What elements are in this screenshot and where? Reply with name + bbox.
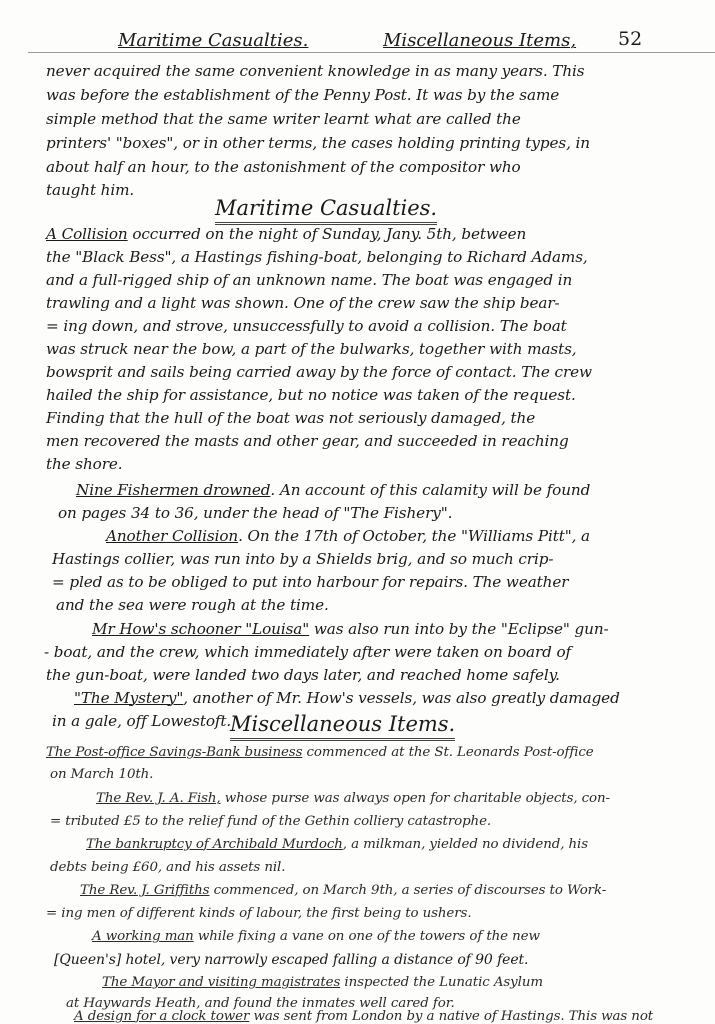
- louisa-line: - boat, and the crew, which immediately …: [44, 643, 699, 661]
- intro-line: was before the establishment of the Penn…: [46, 86, 701, 104]
- post-office-line: on March 10th.: [50, 766, 705, 784]
- fish-line: The Rev. J. A. Fish, whose purse was alw…: [96, 790, 715, 808]
- bankruptcy-lead: The bankruptcy of Archibald Murdoch: [86, 837, 343, 852]
- louisa-line: Mr How's schooner "Louisa" was also run …: [92, 620, 715, 638]
- post-office-lead: The Post-office Savings-Bank business: [46, 745, 302, 760]
- mayor-lead: The Mayor and visiting magistrates: [102, 975, 340, 990]
- fishermen-line: on pages 34 to 36, under the head of "Th…: [58, 504, 713, 522]
- section-title-maritime: Maritime Casualties.: [215, 196, 437, 225]
- page-number: 52: [618, 28, 642, 50]
- another-collision-line: and the sea were rough at the time.: [56, 596, 711, 614]
- header-left-title: Maritime Casualties.: [118, 30, 308, 52]
- fishermen-line: Nine Fishermen drowned. An account of th…: [76, 481, 715, 499]
- section-title-misc: Miscellaneous Items.: [230, 712, 455, 741]
- collision-line: bowsprit and sails being carried away by…: [46, 363, 701, 381]
- working-man-line: [Queen's] hotel, very narrowly escaped f…: [54, 951, 709, 969]
- intro-line: about half an hour, to the astonishment …: [46, 158, 701, 176]
- collision-lead: A Collision: [46, 225, 128, 243]
- collision-line: the "Black Bess", a Hastings fishing-boa…: [46, 248, 701, 266]
- another-collision-line: Hastings collier, was run into by a Shie…: [52, 550, 707, 568]
- griffiths-line: = ing men of different kinds of labour, …: [46, 905, 701, 923]
- mystery-line: "The Mystery", another of Mr. How's vess…: [74, 689, 715, 707]
- bankruptcy-line: The bankruptcy of Archibald Murdoch, a m…: [86, 836, 715, 854]
- collision-line: = ing down, and strove, unsuccessfully t…: [46, 317, 701, 335]
- fish-lead: The Rev. J. A. Fish,: [96, 791, 221, 806]
- intro-line: never acquired the same convenient knowl…: [46, 62, 701, 80]
- collision-line: A Collision occurred on the night of Sun…: [46, 225, 701, 243]
- fishermen-lead: Nine Fishermen drowned: [76, 481, 270, 499]
- collision-line: was struck near the bow, a part of the b…: [46, 340, 701, 358]
- mystery-lead: "The Mystery": [74, 689, 183, 707]
- bankruptcy-line: debts being £60, and his assets nil.: [50, 859, 705, 877]
- clock-tower-line: A design for a clock tower was sent from…: [74, 1008, 715, 1024]
- fish-line: = tributed £5 to the relief fund of the …: [50, 813, 705, 831]
- clock-tower-lead: A design for a clock tower: [74, 1009, 249, 1024]
- working-man-lead: A working man: [92, 929, 194, 944]
- collision-line: trawling and a light was shown. One of t…: [46, 294, 701, 312]
- griffiths-line: The Rev. J. Griffiths commenced, on Marc…: [80, 882, 715, 900]
- post-office-line: The Post-office Savings-Bank business co…: [46, 744, 701, 762]
- another-collision-line: Another Collision. On the 17th of Octobe…: [106, 527, 715, 545]
- collision-line: hailed the ship for assistance, but no n…: [46, 386, 701, 404]
- manuscript-page: Maritime Casualties. Miscellaneous Items…: [0, 0, 715, 1024]
- collision-line: the shore.: [46, 455, 701, 473]
- mayor-line: The Mayor and visiting magistrates inspe…: [102, 974, 715, 992]
- another-collision-line: = pled as to be obliged to put into harb…: [52, 573, 707, 591]
- louisa-lead: Mr How's schooner "Louisa": [92, 620, 309, 638]
- another-collision-lead: Another Collision: [106, 527, 238, 545]
- collision-line: Finding that the hull of the boat was no…: [46, 409, 701, 427]
- griffiths-lead: The Rev. J. Griffiths: [80, 883, 209, 898]
- louisa-line: the gun-boat, were landed two days later…: [46, 666, 701, 684]
- header-mid-title: Miscellaneous Items,: [383, 30, 576, 52]
- page-header: Maritime Casualties. Miscellaneous Items…: [28, 30, 715, 53]
- intro-line: printers' "boxes", or in other terms, th…: [46, 134, 701, 152]
- collision-line: men recovered the masts and other gear, …: [46, 432, 701, 450]
- collision-line: and a full-rigged ship of an unknown nam…: [46, 271, 701, 289]
- intro-line: simple method that the same writer learn…: [46, 110, 701, 128]
- working-man-line: A working man while fixing a vane on one…: [92, 928, 715, 946]
